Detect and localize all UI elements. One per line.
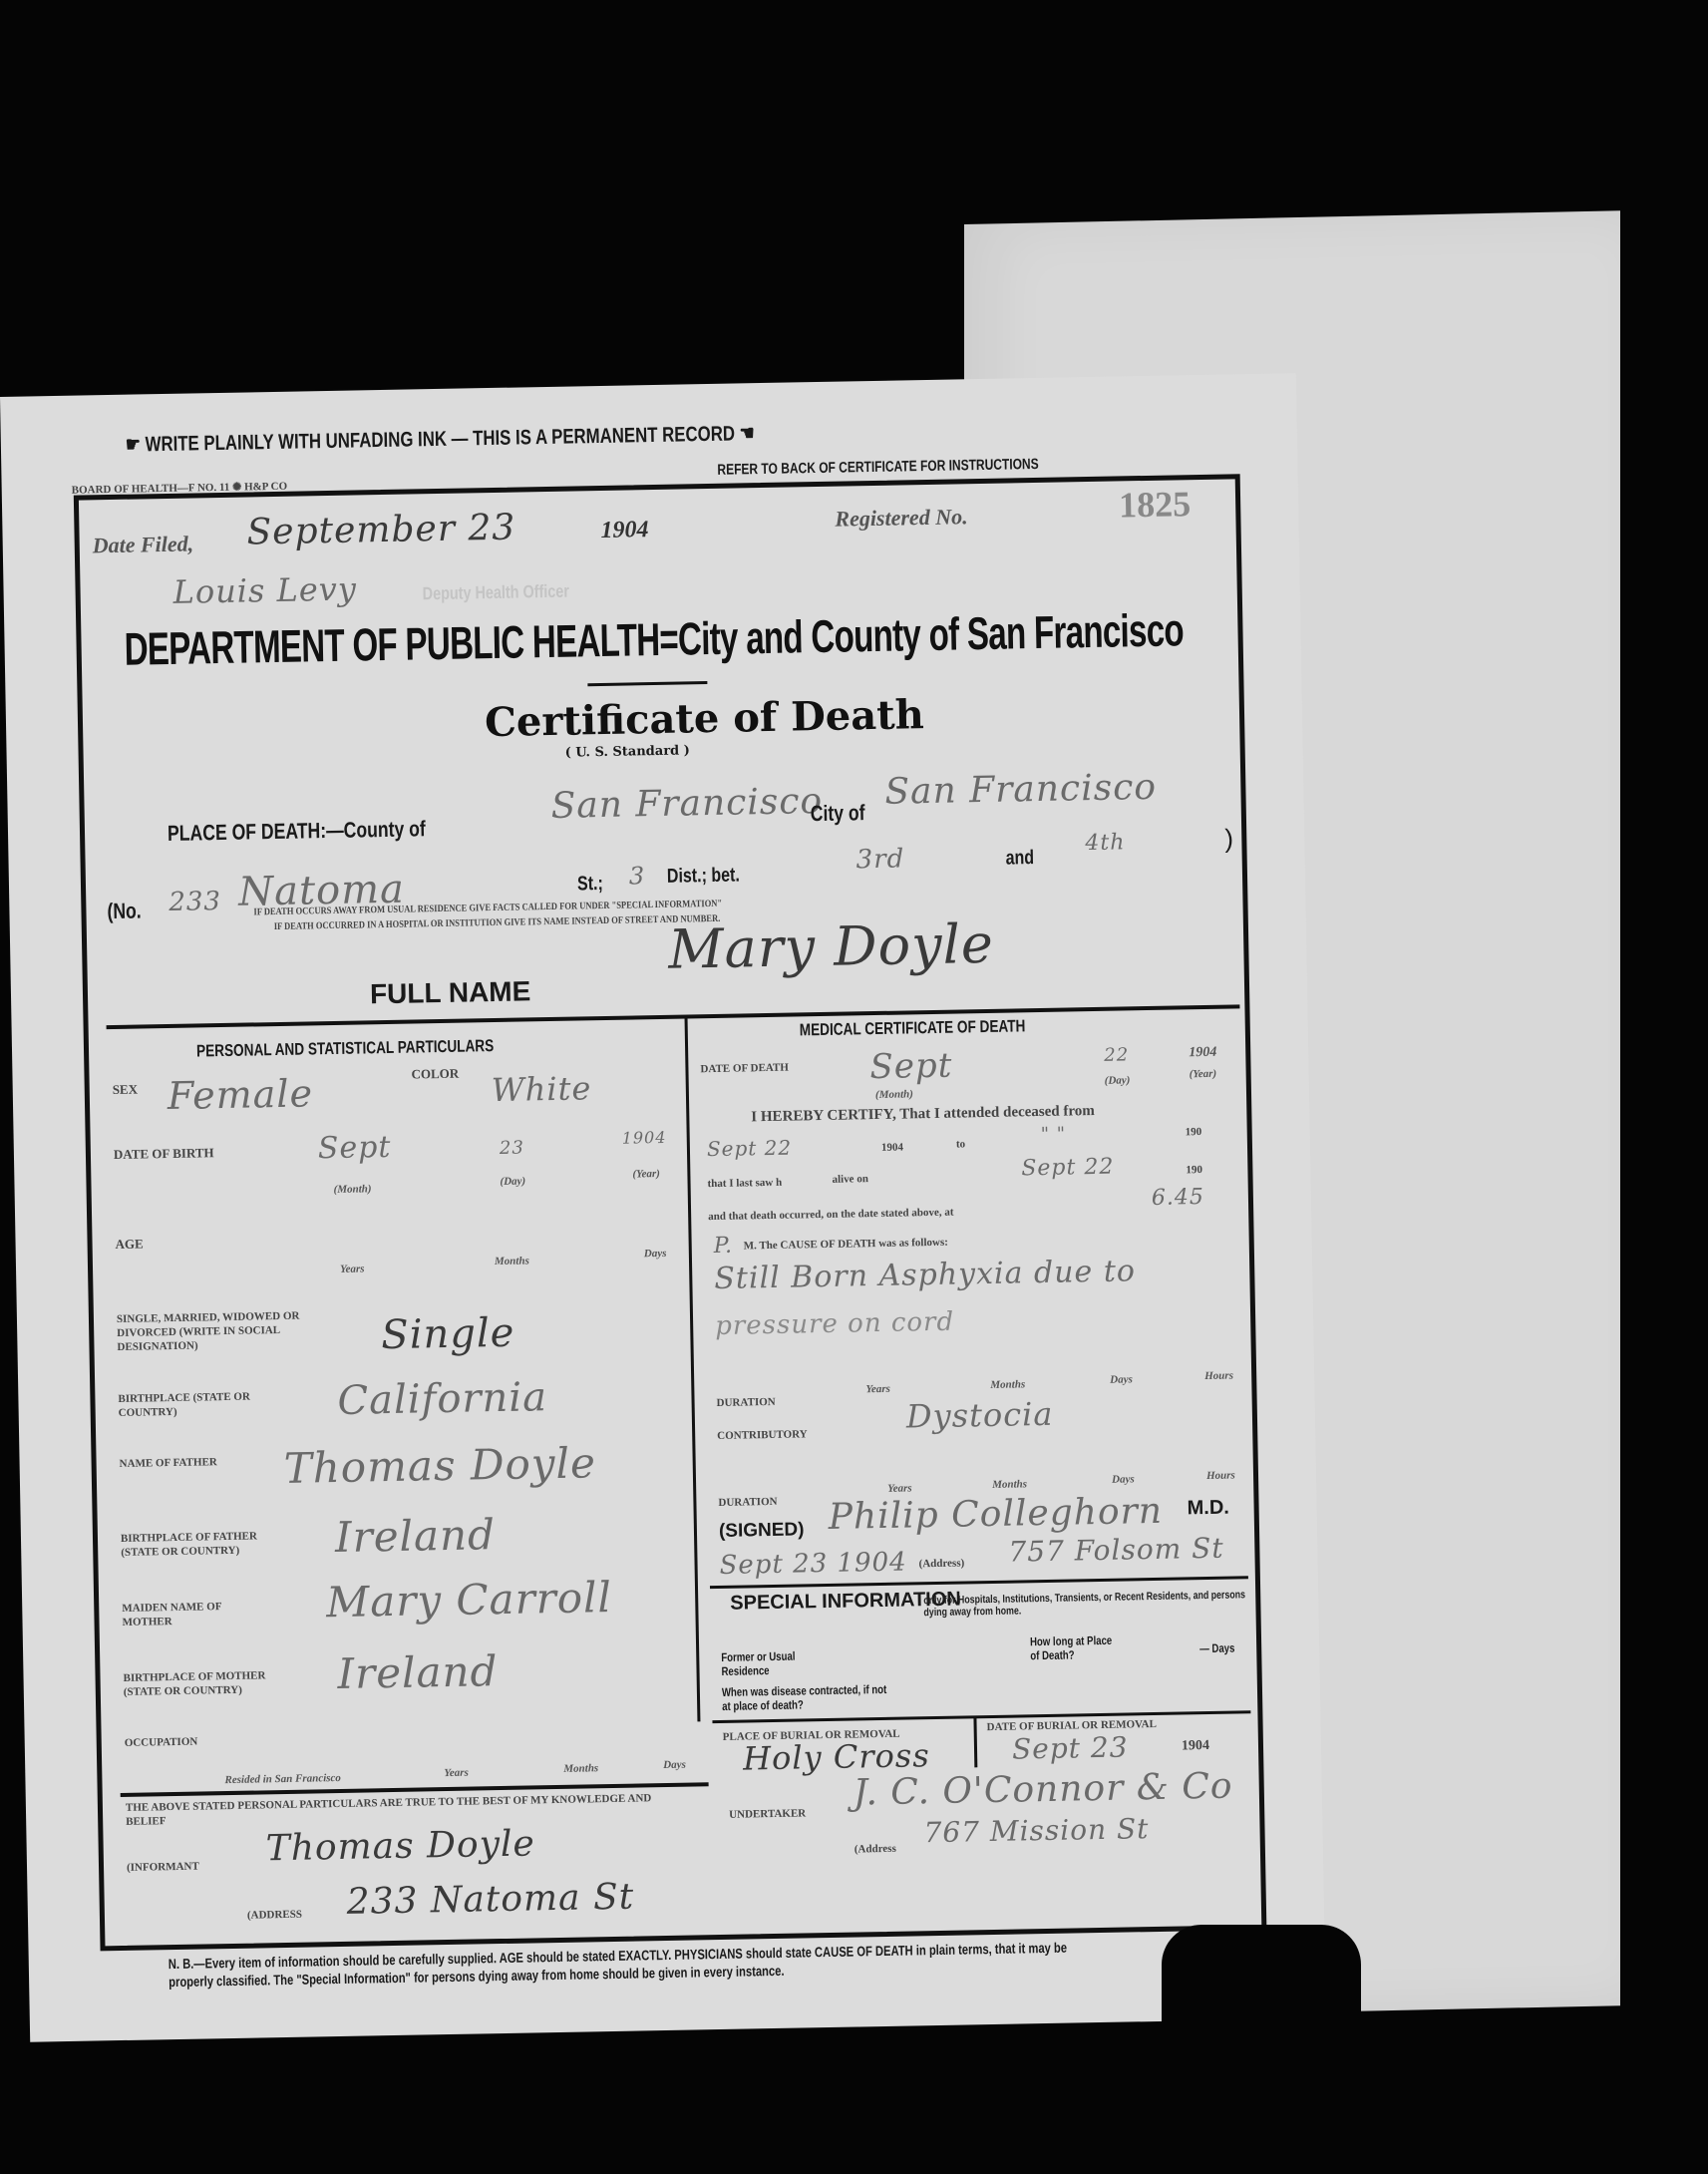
burial-date-value: Sept 23 (1012, 1730, 1129, 1765)
signed-label: (SIGNED) (719, 1519, 805, 1543)
informant-value: Thomas Doyle (265, 1823, 535, 1869)
certificate-subtitle: ( U. S. Standard ) (565, 743, 691, 760)
dod-day: 22 (1104, 1044, 1129, 1065)
officer-signature: Louis Levy (172, 569, 357, 610)
contributory-label: CONTRIBUTORY (717, 1427, 808, 1443)
physician-address-label: (Address) (918, 1556, 964, 1571)
certificate-title: Certificate of Death (485, 691, 924, 746)
duration-years-2: Years (887, 1482, 912, 1494)
attended-to-year: 190 (1186, 1125, 1202, 1139)
father-value: Thomas Doyle (283, 1438, 596, 1493)
certificate-sheet: ☛ WRITE PLAINLY WITH UNFADING INK — THIS… (0, 373, 1326, 2042)
alive-on-value: Sept 22 (1021, 1155, 1114, 1182)
between-street-1: 3rd (855, 844, 904, 875)
dod-label: DATE OF DEATH (700, 1061, 789, 1077)
to-label: to (956, 1137, 965, 1151)
dob-year-caption: (Year) (632, 1168, 660, 1181)
signed-date: Sept 23 1904 (719, 1548, 907, 1581)
undertaker-address-label: (Address (854, 1842, 896, 1857)
attended-to: " " (1041, 1124, 1067, 1145)
age-years-caption: Years (340, 1263, 365, 1274)
duration-years-1: Years (865, 1383, 890, 1395)
district-value: 3 (629, 862, 646, 890)
pm-value: P. (713, 1234, 733, 1259)
medical-heading: MEDICAL CERTIFICATE OF DEATH (800, 1016, 1026, 1040)
undertaker-address-value: 767 Mission St (923, 1812, 1149, 1849)
dod-day-caption: (Day) (1105, 1074, 1131, 1086)
resided-days: Days (663, 1759, 686, 1771)
time-of-death: 6.45 (1152, 1185, 1204, 1211)
duration-hours-2: Hours (1206, 1469, 1235, 1482)
occupation-label: OCCUPATION (125, 1735, 198, 1750)
no-label: (No. (107, 898, 142, 924)
contracted-label: When was disease contracted, if not at p… (722, 1682, 897, 1713)
mother-label: MAIDEN NAME OF MOTHER (122, 1599, 271, 1630)
contributory-value: Dystocia (906, 1395, 1054, 1436)
father-birthplace-label: BIRTHPLACE OF FATHER (State or Country) (121, 1529, 270, 1560)
informant-address-label: (Address (247, 1908, 302, 1923)
marital-value: Single (381, 1310, 515, 1358)
attended-from-year: 1904 (881, 1141, 903, 1155)
father-birthplace-value: Ireland (335, 1510, 497, 1562)
former-residence-label: Former or Usual Residence (721, 1648, 801, 1677)
registered-label: Registered No. (835, 504, 968, 532)
color-label: COLOR (411, 1067, 459, 1082)
age-days-caption: Days (644, 1248, 667, 1260)
undertaker-value: J. C. O'Connor & Co (853, 1766, 1232, 1814)
county-value: San Francisco (550, 781, 823, 827)
attended-from: Sept 22 (707, 1136, 793, 1162)
dod-month: Sept (869, 1046, 953, 1088)
district-label: Dist.; bet. (667, 864, 740, 888)
banner-text: WRITE PLAINLY WITH UNFADING INK — THIS I… (145, 423, 735, 457)
burial-date-year: 1904 (1182, 1739, 1209, 1754)
marital-label: SINGLE, MARRIED, WIDOWED OR DIVORCED (Wr… (117, 1308, 347, 1354)
between-street-2: 4th (1085, 830, 1125, 856)
cause-line-2: pressure on cord (715, 1307, 954, 1341)
last-saw-text: that I last saw h (707, 1176, 782, 1191)
full-name-value: Mary Doyle (668, 912, 995, 981)
color-value: White (491, 1069, 591, 1109)
resided-years: Years (444, 1767, 469, 1779)
dob-year: 1904 (622, 1128, 667, 1148)
place-of-death-label: PLACE OF DEATH:—County of (168, 816, 426, 847)
md-label: M.D. (1187, 1497, 1229, 1521)
resided-label: Resided in San Francisco (224, 1772, 341, 1786)
officer-title: Deputy Health Officer (423, 581, 570, 605)
mother-birthplace-value: Ireland (337, 1646, 499, 1698)
father-label: NAME OF FATHER (119, 1455, 218, 1471)
date-filed-label: Date Filed, (93, 531, 194, 558)
resided-months: Months (563, 1762, 598, 1775)
how-long-label: How long at Place of Death? (1030, 1633, 1118, 1663)
sex-value: Female (167, 1071, 313, 1118)
dod-month-caption: (Month) (875, 1088, 913, 1101)
mother-birthplace-label: BIRTHPLACE OF MOTHER (State or Country) (123, 1668, 272, 1699)
refer-instructions: REFER TO BACK OF CERTIFICATE FOR INSTRUC… (717, 456, 1038, 479)
sex-label: SEX (113, 1083, 139, 1097)
date-filed-year: 1904 (600, 517, 648, 544)
duration-days-1: Days (1110, 1373, 1133, 1385)
informant-address-value: 233 Natoma St (346, 1877, 634, 1923)
dob-day: 23 (500, 1137, 524, 1158)
mother-value: Mary Carroll (326, 1573, 613, 1627)
city-label: City of (811, 800, 865, 827)
birthplace-value: California (337, 1374, 547, 1424)
city-value: San Francisco (884, 767, 1157, 813)
street-number: 233 (169, 887, 221, 917)
birthplace-label: BIRTHPLACE (State or Country) (118, 1389, 277, 1420)
duration-hours-1: Hours (1204, 1369, 1233, 1382)
dod-year-caption: (Year) (1190, 1068, 1217, 1081)
physician-signature: Philip Colleghorn (828, 1491, 1163, 1538)
alive-on-year: 190 (1186, 1163, 1202, 1177)
alive-on-text: alive on (832, 1172, 868, 1187)
days-label: — Days (1199, 1641, 1234, 1656)
pointing-hand-icon: ☚ (735, 422, 755, 445)
informant-label: (Informant (127, 1860, 199, 1875)
dob-month: Sept (318, 1130, 392, 1166)
age-months-caption: Months (495, 1255, 529, 1268)
dob-label: DATE OF BIRTH (114, 1146, 214, 1162)
full-name-label: FULL NAME (370, 975, 531, 1010)
paren-close: ) (1224, 823, 1233, 854)
duration-label-2: DURATION (718, 1495, 777, 1510)
pointing-hand-icon: ☛ (126, 433, 146, 456)
and-label: and (1005, 847, 1034, 871)
thumb-shadow (1162, 1925, 1361, 2174)
registered-number: 1825 (1119, 483, 1192, 526)
banner-line: ☛ WRITE PLAINLY WITH UNFADING INK — THIS… (126, 421, 755, 458)
physician-address: 757 Folsom St (1008, 1532, 1224, 1569)
duration-label-1: DURATION (716, 1395, 775, 1410)
duration-days-2: Days (1112, 1473, 1135, 1485)
st-label: St.; (577, 873, 603, 896)
dob-month-caption: (Month) (334, 1183, 372, 1196)
undertaker-label: UNDERTAKER (729, 1806, 806, 1821)
duration-months-1: Months (990, 1378, 1025, 1391)
date-filed-value: September 23 (246, 508, 515, 553)
dod-year: 1904 (1189, 1045, 1216, 1062)
age-label: AGE (115, 1238, 143, 1253)
duration-months-2: Months (992, 1478, 1027, 1491)
dob-day-caption: (Day) (500, 1175, 525, 1187)
